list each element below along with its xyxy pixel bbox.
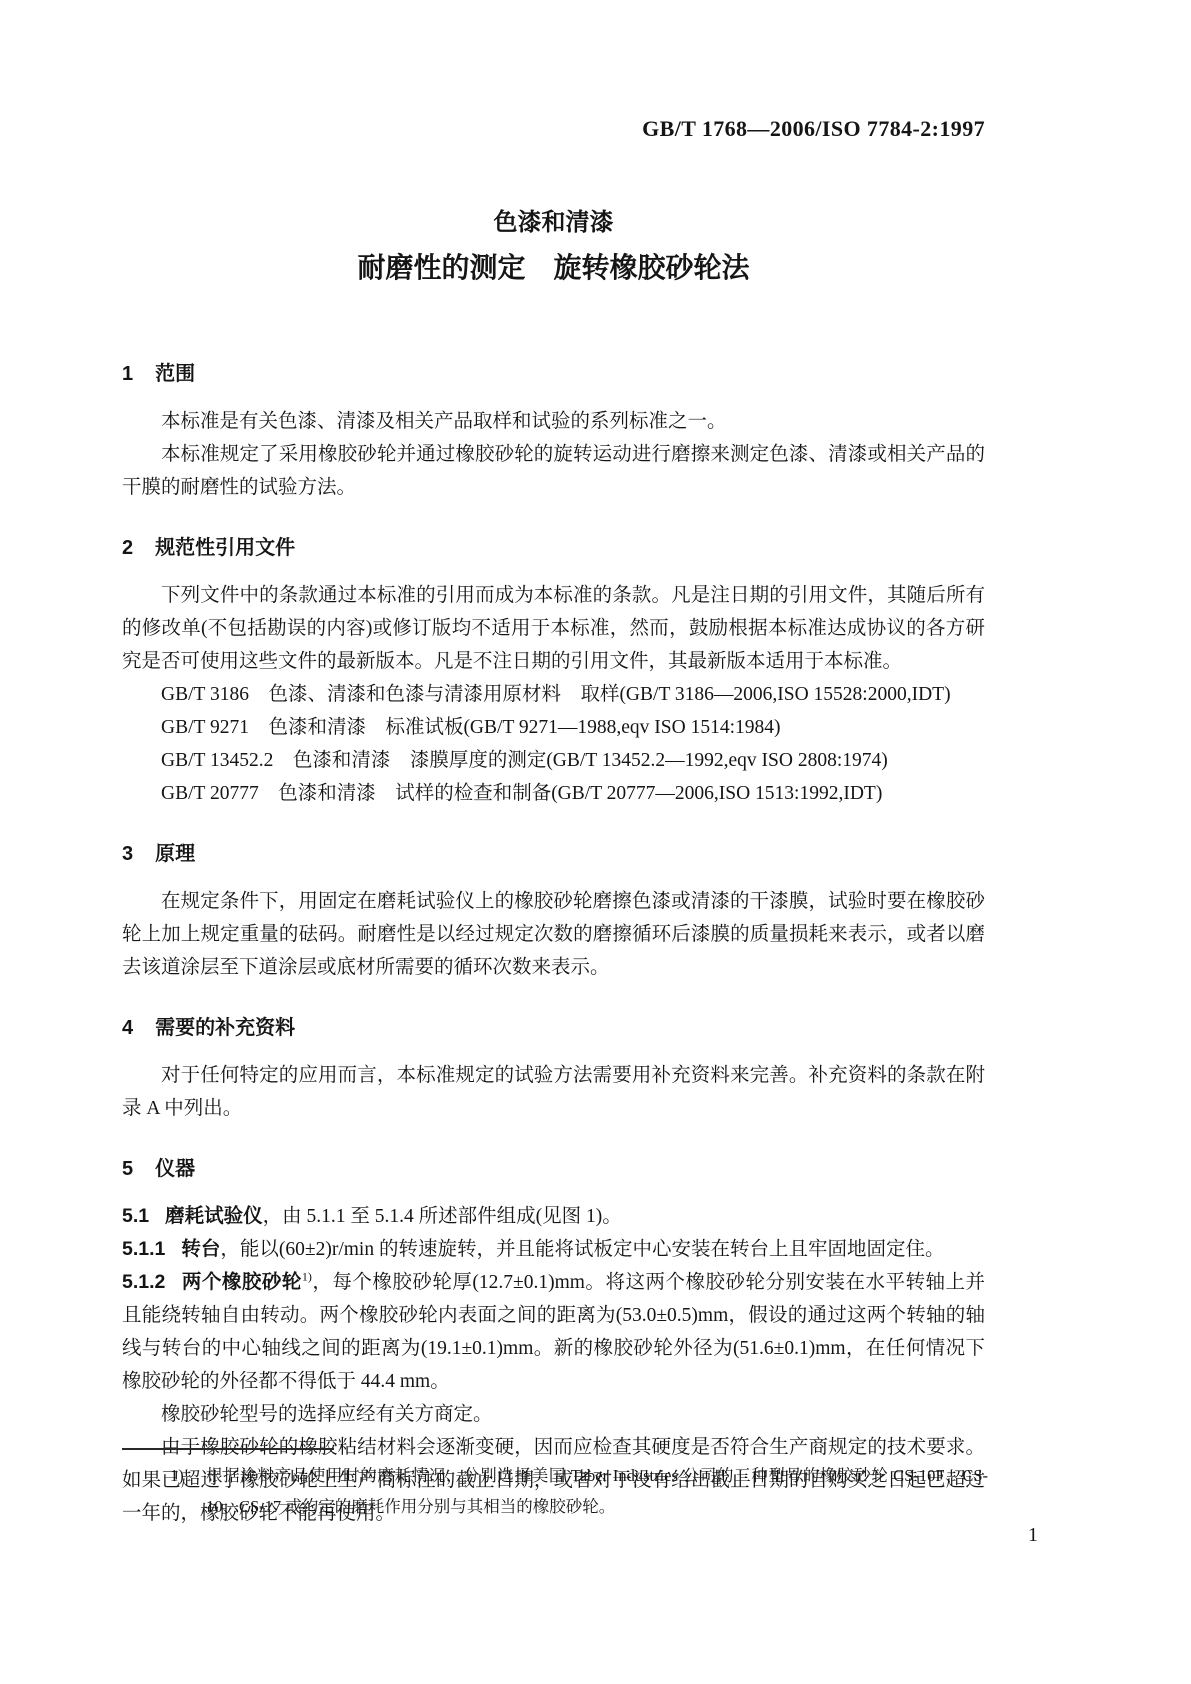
page-number: 1 — [1028, 1524, 1038, 1547]
clause-term: 转台 — [181, 1238, 220, 1260]
clause-5-1: 5.1磨耗试验仪，由 5.1.1 至 5.1.4 所述部件组成(见图 1)。 — [122, 1200, 985, 1233]
clause-5-1-1: 5.1.1转台，能以(60±2)r/min 的转速旋转，并且能将试板定中心安装在… — [122, 1233, 985, 1266]
section-title: 规范性引用文件 — [155, 537, 295, 559]
clause-term: 磨耗试验仪 — [165, 1205, 263, 1227]
clause-text: ，能以(60±2)r/min 的转速旋转，并且能将试板定中心安装在转台上且牢固地… — [220, 1239, 944, 1260]
reference-item: GB/T 13452.2 色漆和清漆 漆膜厚度的测定(GB/T 13452.2—… — [122, 744, 985, 777]
doc-title-line2: 耐磨性的测定 旋转橡胶砂轮法 — [122, 250, 985, 286]
section-title: 仪器 — [155, 1158, 195, 1180]
paragraph: 本标准规定了采用橡胶砂轮并通过橡胶砂轮的旋转运动进行磨擦来测定色漆、清漆或相关产… — [122, 438, 985, 504]
clause-5-1-2: 5.1.2两个橡胶砂轮1)，每个橡胶砂轮厚(12.7±0.1)mm。将这两个橡胶… — [122, 1266, 985, 1398]
clause-number: 5.1.1 — [122, 1238, 165, 1260]
document-page: GB/T 1768—2006/ISO 7784-2:1997 色漆和清漆 耐磨性… — [0, 0, 1191, 1684]
section-heading-apparatus: 5仪器 — [122, 1155, 985, 1183]
section-title: 范围 — [155, 363, 195, 385]
footnote-marker: 1) — [170, 1460, 206, 1522]
reference-item: GB/T 20777 色漆和清漆 试样的检查和制备(GB/T 20777—200… — [122, 777, 985, 810]
doc-title-line1: 色漆和清漆 — [122, 208, 985, 238]
section-title: 需要的补充资料 — [155, 1017, 295, 1039]
section-number: 3 — [122, 843, 133, 865]
standard-code: GB/T 1768—2006/ISO 7784-2:1997 — [122, 116, 985, 142]
section-number: 5 — [122, 1158, 133, 1180]
section-heading-normative-references: 2规范性引用文件 — [122, 534, 985, 562]
footnote-area: 1) 根据涂料产品使用时的磨耗情况，分别选择美国 Taber Industrie… — [122, 1448, 988, 1522]
footnote-text: 根据涂料产品使用时的磨耗情况，分别选择美国 Taber Industries 公… — [206, 1460, 988, 1522]
section-number: 1 — [122, 363, 133, 385]
clause-text: ，由 5.1.1 至 5.1.4 所述部件组成(见图 1)。 — [263, 1206, 622, 1227]
section-heading-principle: 3原理 — [122, 840, 985, 868]
section-heading-supplementary-information: 4需要的补充资料 — [122, 1014, 985, 1042]
paragraph: 在规定条件下，用固定在磨耗试验仪上的橡胶砂轮磨擦色漆或清漆的干漆膜，试验时要在橡… — [122, 885, 985, 984]
paragraph: 下列文件中的条款通过本标准的引用而成为本标准的条款。凡是注日期的引用文件，其随后… — [122, 579, 985, 678]
section-number: 4 — [122, 1017, 133, 1039]
reference-item: GB/T 9271 色漆和清漆 标准试板(GB/T 9271—1988,eqv … — [122, 711, 985, 744]
clause-number: 5.1 — [122, 1205, 149, 1227]
paragraph: 对于任何特定的应用而言，本标准规定的试验方法需要用补充资料来完善。补充资料的条款… — [122, 1059, 985, 1125]
section-number: 2 — [122, 537, 133, 559]
section-title: 原理 — [155, 843, 195, 865]
footnote-item: 1) 根据涂料产品使用时的磨耗情况，分别选择美国 Taber Industrie… — [170, 1460, 988, 1522]
paragraph: 本标准是有关色漆、清漆及相关产品取样和试验的系列标准之一。 — [122, 405, 985, 438]
footnote-separator — [122, 1448, 334, 1450]
clause-term: 两个橡胶砂轮 — [181, 1271, 302, 1293]
section-heading-scope: 1范围 — [122, 360, 985, 388]
reference-item: GB/T 3186 色漆、清漆和色漆与清漆用原材料 取样(GB/T 3186—2… — [122, 678, 985, 711]
clause-number: 5.1.2 — [122, 1271, 165, 1293]
paragraph: 橡胶砂轮型号的选择应经有关方商定。 — [122, 1398, 985, 1431]
footnote-reference: 1) — [302, 1270, 312, 1284]
